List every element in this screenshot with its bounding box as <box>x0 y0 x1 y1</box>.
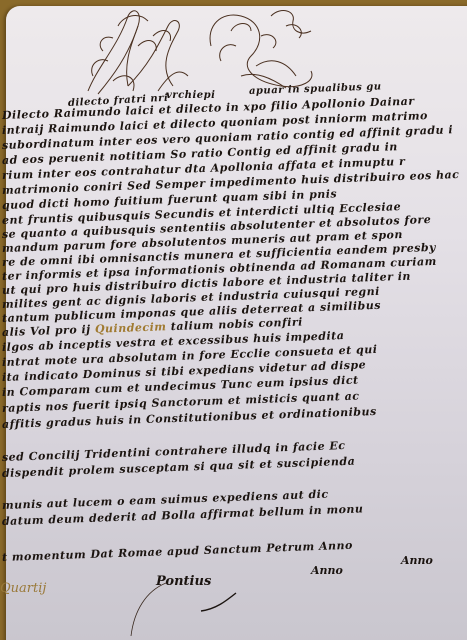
signature-right-1: Anno <box>311 564 343 577</box>
text-line-prefix: alis Vol pro ij <box>2 323 95 339</box>
text-line: t momentum Dat Romae apud Sanctum Petrum… <box>2 539 353 564</box>
header-line-left: vrchiepi <box>166 90 215 101</box>
parchment-sheet: vrchiepi apuar in spualibus gu dilecto f… <box>6 6 467 640</box>
decorated-initial-c-icon <box>201 6 326 96</box>
signature-right-2: Anno <box>401 554 433 567</box>
signature-flourish-icon <box>126 571 256 640</box>
margin-note: Quartij <box>0 581 46 596</box>
highlighted-word: Quindecim <box>95 320 167 335</box>
decorated-initial-a-icon <box>78 6 198 101</box>
